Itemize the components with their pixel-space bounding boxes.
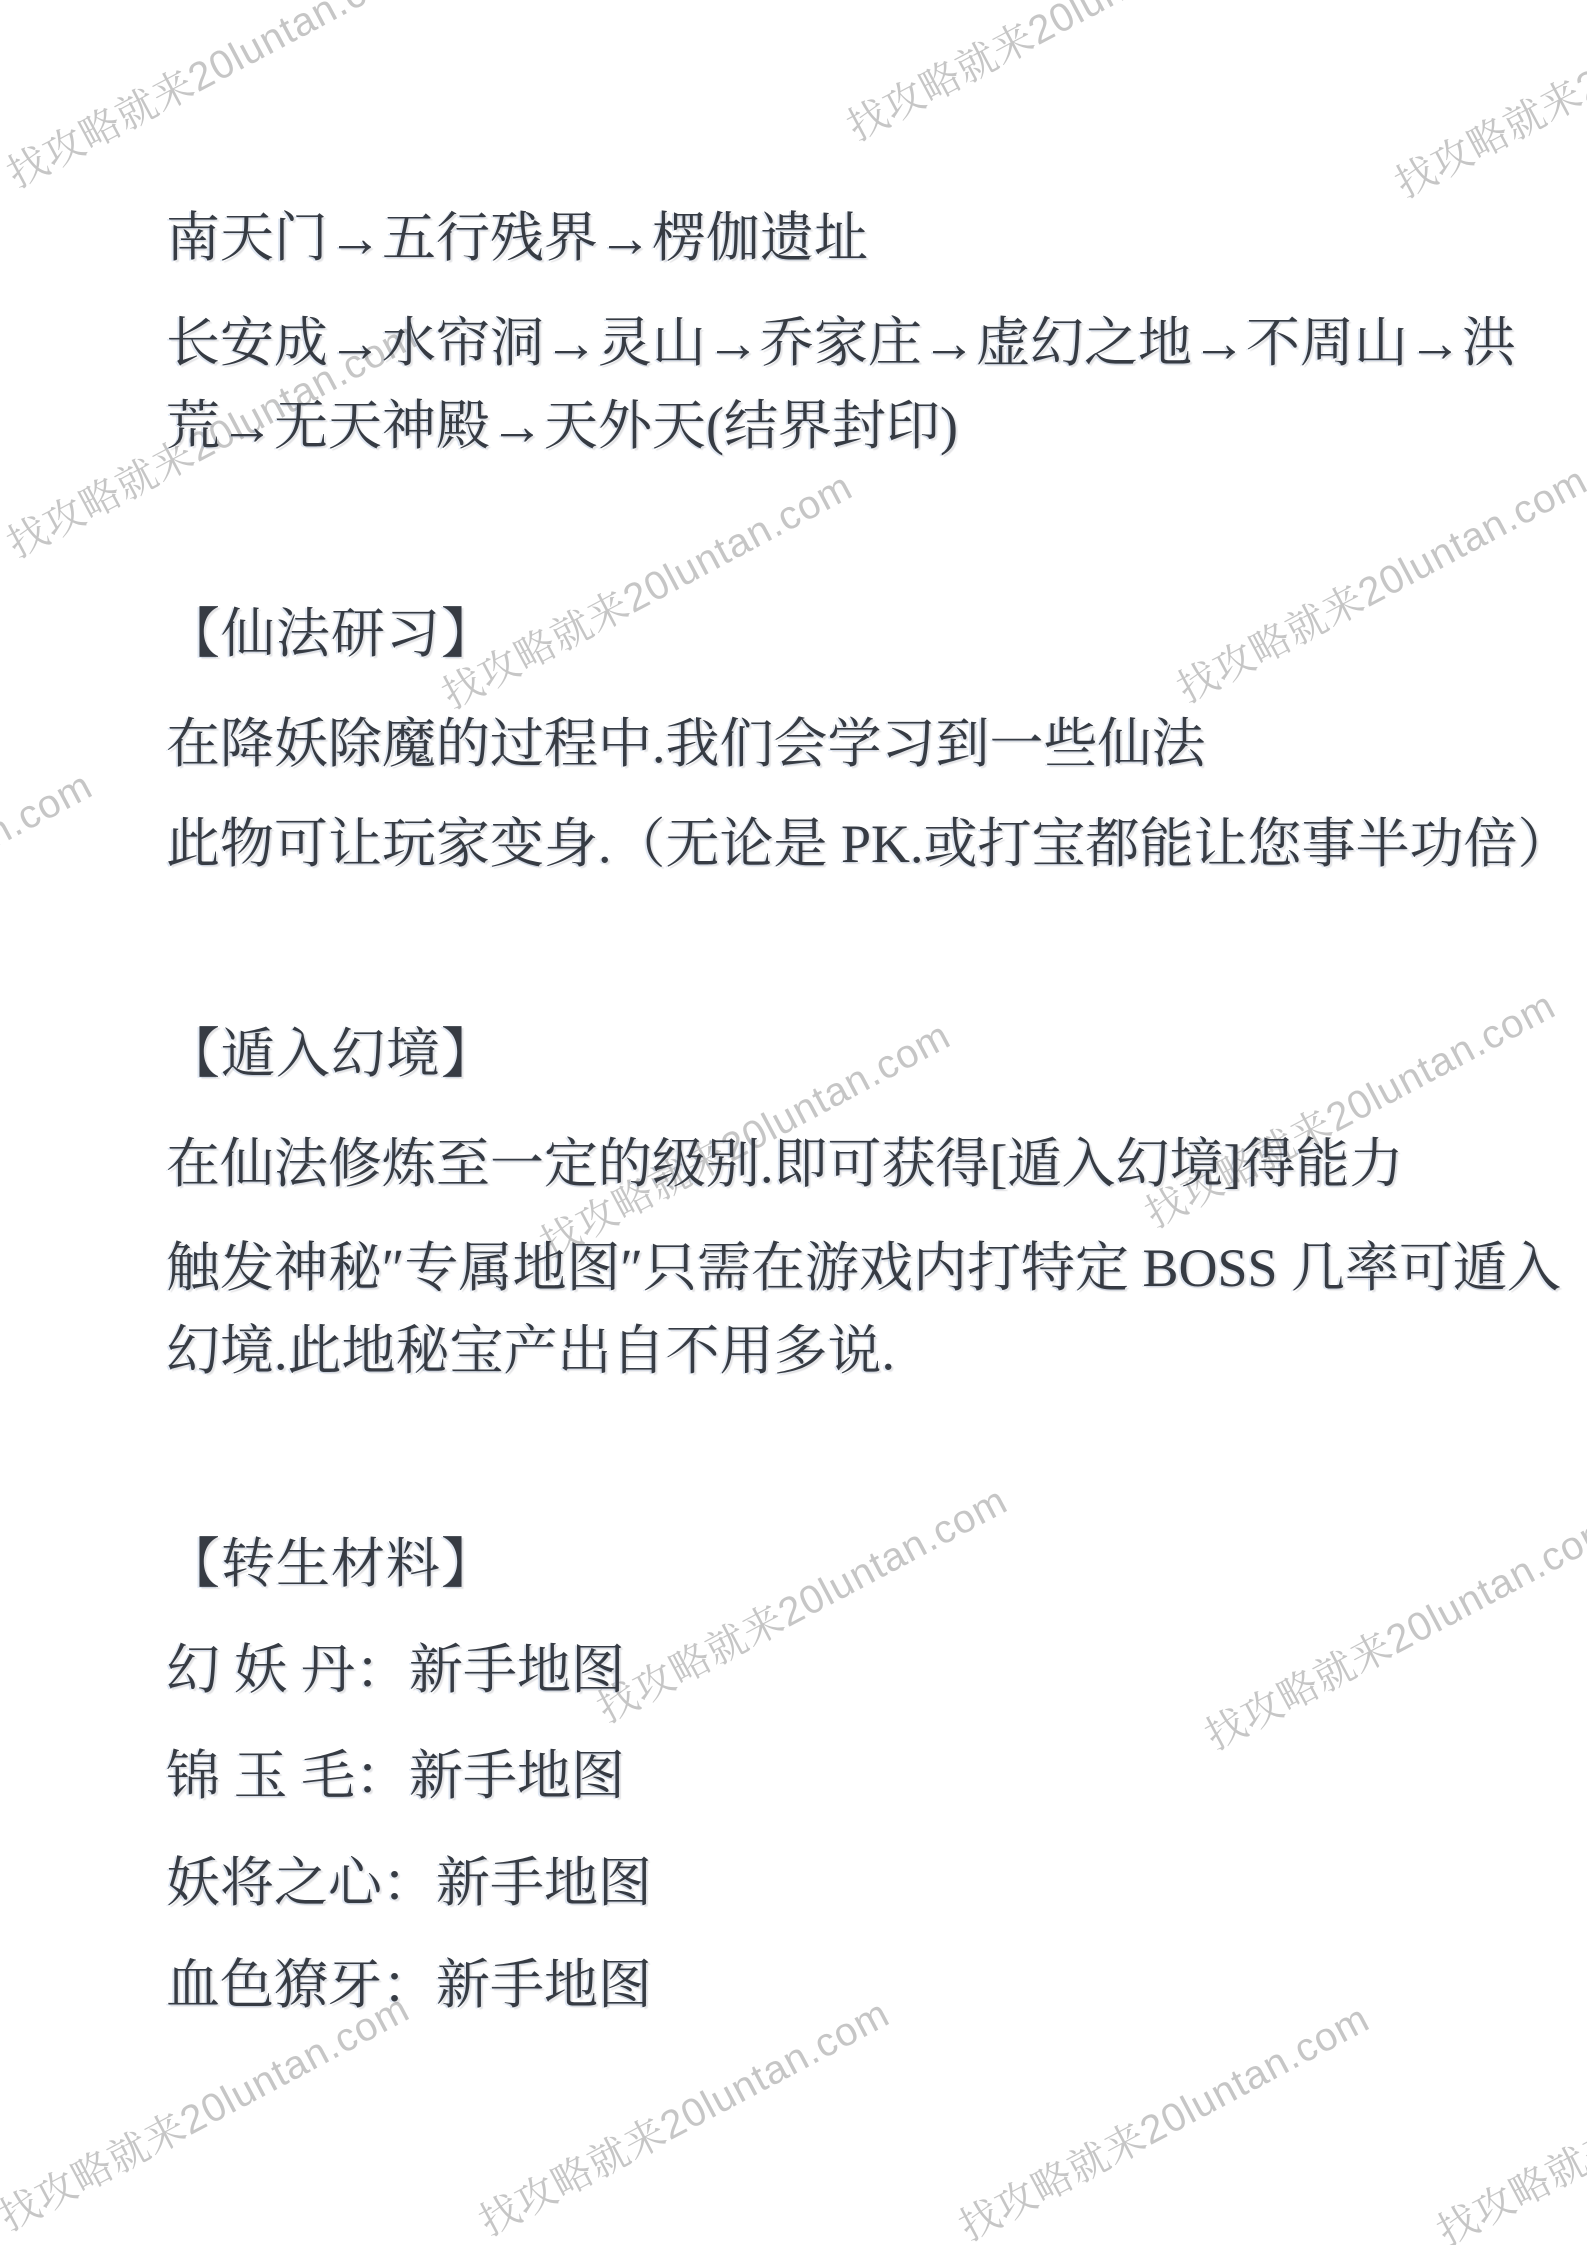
text-line: 在仙法修炼至一定的级别.即可获得[遁入幻境]得能力 <box>166 1136 1403 1193</box>
text-line: 触发神秘″专属地图″只需在游戏内打特定 BOSS 几率可遁入 <box>166 1240 1561 1297</box>
document-page: 找攻略就来20luntan.com找攻略就来20luntan.com找攻略就来2… <box>0 0 1587 2245</box>
text-line: 妖将之心：新手地图 <box>166 1855 652 1912</box>
text-line: 长安成→水帘洞→灵山→乔家庄→虚幻之地→不周山→洪 <box>166 315 1516 372</box>
document-text: 南天门→五行残界→楞伽遗址长安成→水帘洞→灵山→乔家庄→虚幻之地→不周山→洪荒→… <box>0 0 1587 2245</box>
text-line: 此物可让玩家变身.（无论是 PK.或打宝都能让您事半功倍） <box>166 816 1572 873</box>
text-line: 幻 妖 丹：新手地图 <box>166 1642 625 1699</box>
section-heading: 【仙法研习】 <box>166 606 496 663</box>
text-line: 锦 玉 毛：新手地图 <box>166 1748 625 1805</box>
text-line: 幻境.此地秘宝产出自不用多说. <box>166 1323 895 1380</box>
section-heading: 【遁入幻境】 <box>166 1026 496 1083</box>
section-heading: 【转生材料】 <box>166 1536 496 1593</box>
text-line: 荒→无天神殿→天外天(结界封印) <box>166 398 958 455</box>
text-line: 南天门→五行残界→楞伽遗址 <box>166 210 868 267</box>
text-line: 在降妖除魔的过程中.我们会学习到一些仙法 <box>166 716 1206 773</box>
text-line: 血色獠牙：新手地图 <box>166 1957 652 2014</box>
